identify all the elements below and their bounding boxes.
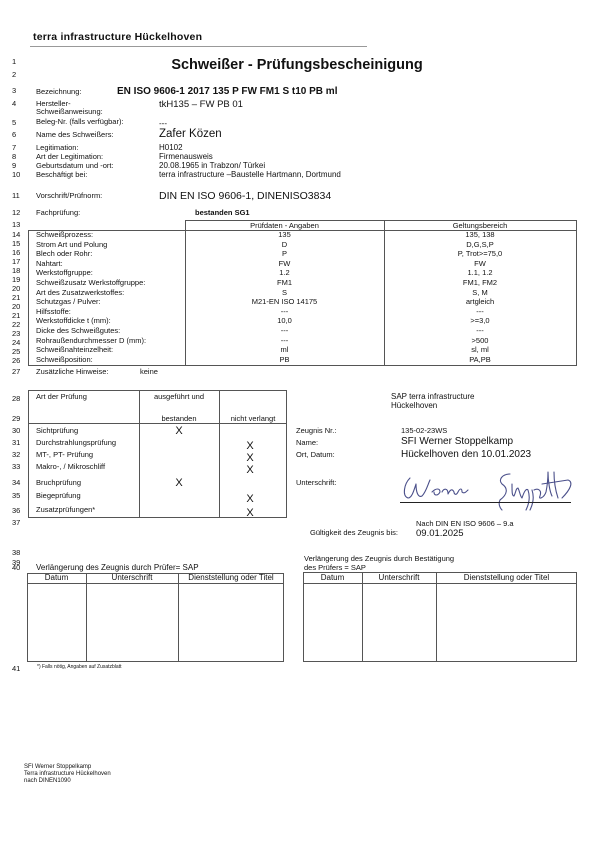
line-number: 20 <box>12 302 32 311</box>
ausgefuehrt-header-1: ausgeführt und <box>139 392 219 401</box>
zeugnis-label: Zeugnis Nr.: <box>296 426 336 435</box>
line-number: 19 <box>12 275 32 284</box>
param-pruefdaten: 135 <box>185 230 384 239</box>
ext-left-dienststellung-header: Dienststellung oder Titel <box>178 573 284 582</box>
param-geltungsbereich: FM1, FM2 <box>384 278 576 287</box>
legitimation-label: Legitimation: <box>36 143 79 152</box>
test-label: Biegeprüfung <box>36 491 81 500</box>
line-number: 21 <box>12 293 32 302</box>
norm-note: Nach DIN EN ISO 9606 – 9.a <box>416 519 514 528</box>
unterschrift-label: Unterschrift: <box>296 478 336 487</box>
line-number: 16 <box>12 248 32 257</box>
param-label: Dicke des Schweißgutes: <box>36 326 120 335</box>
line-number: 20 <box>12 284 32 293</box>
line-number: 22 <box>12 320 32 329</box>
bezeichnung-label: Bezeichnung: <box>36 87 81 96</box>
param-geltungsbereich: >500 <box>384 336 576 345</box>
param-label: Schweißposition: <box>36 355 93 364</box>
zeugnis-number: 135-02-23WS <box>401 426 447 435</box>
param-geltungsbereich: artgleich <box>384 297 576 306</box>
gueltig-label: Gültigkeit des Zeugnis bis: <box>310 528 398 537</box>
nicht-verlangt-mark: X <box>240 493 260 505</box>
ext-left-datum-header: Datum <box>27 573 86 582</box>
ausgefuehrt-header-2: bestanden <box>139 414 219 423</box>
signature-image <box>398 462 578 514</box>
line-number: 18 <box>12 266 32 275</box>
param-label: Hilfsstoffe: <box>36 307 71 316</box>
param-label: Schweißprozess: <box>36 230 93 239</box>
param-label: Strom Art und Polung <box>36 240 107 249</box>
param-geltungsbereich: 1.1, 1.2 <box>384 268 576 277</box>
hinweise-label: Zusätzliche Hinweise: <box>36 367 109 376</box>
line-number: 21 <box>12 311 32 320</box>
document-title: Schweißer - Prüfungsbescheinigung <box>0 57 594 73</box>
param-geltungsbereich: --- <box>384 307 576 316</box>
legitimation-value: H0102 <box>159 143 183 152</box>
param-geltungsbereich: S, M <box>384 288 576 297</box>
line-number: 27 <box>12 367 32 376</box>
param-geltungsbereich: 135, 138 <box>384 230 576 239</box>
line-number: 25 <box>12 347 32 356</box>
param-pruefdaten: FW <box>185 259 384 268</box>
beschaeftigt-label: Beschäftigt bei: <box>36 170 87 179</box>
geburtsdatum-label: Geburtsdatum und -ort: <box>36 161 114 170</box>
param-pruefdaten: P <box>185 249 384 258</box>
param-label: Werkstoffdicke t (mm): <box>36 316 111 325</box>
nicht-verlangt-mark: X <box>240 440 260 452</box>
line-number: 38 <box>12 548 32 557</box>
param-pruefdaten: --- <box>185 326 384 335</box>
certifier-name: SFI Werner Stoppelkamp <box>401 436 513 447</box>
certifier-org-2: Hückelhoven <box>391 401 437 410</box>
bezeichnung-value: EN ISO 9606-1 2017 135 P FW FM1 S t10 PB… <box>117 86 337 97</box>
param-label: Rohraußendurchmesser D (mm): <box>36 336 146 345</box>
param-pruefdaten: --- <box>185 307 384 316</box>
line-number: 14 <box>12 230 32 239</box>
param-geltungsbereich: PA,PB <box>384 355 576 364</box>
footer-line-3: nach DINEN1090 <box>24 778 71 786</box>
company-header: terra infrastructure Hückelhoven <box>33 31 202 43</box>
fachpruefung-value: bestanden SG1 <box>195 208 250 217</box>
param-pruefdaten: ml <box>185 345 384 354</box>
line-number: 12 <box>12 208 32 217</box>
line-number: 6 <box>12 130 32 139</box>
ext-right-dienststellung-header: Dienststellung oder Titel <box>436 573 577 582</box>
header-divider <box>30 46 367 47</box>
line-number: 7 <box>12 143 32 152</box>
beschaeftigt-value: terra infrastructure –Baustelle Hartmann… <box>159 170 341 179</box>
param-label: Werkstoffgruppe: <box>36 268 93 277</box>
geltungsbereich-header: Geltungsbereich <box>384 221 576 230</box>
line-number: 37 <box>12 518 32 527</box>
hinweise-value: keine <box>140 367 158 376</box>
param-label: Schweißnahteinzelheit: <box>36 345 113 354</box>
line-number: 41 <box>12 664 32 673</box>
welder-name: Zafer Közen <box>159 128 222 140</box>
gueltig-value: 09.01.2025 <box>416 528 464 539</box>
test-label: Sichtprüfung <box>36 426 78 435</box>
signature-line <box>400 502 571 503</box>
ort-datum-label: Ort, Datum: <box>296 450 335 459</box>
ext-right-unterschrift-header: Unterschrift <box>362 573 436 582</box>
line-number: 4 <box>12 99 32 108</box>
param-label: Schutzgas / Pulver: <box>36 297 101 306</box>
param-geltungsbereich: >=3,0 <box>384 316 576 325</box>
param-pruefdaten: FM1 <box>185 278 384 287</box>
line-number: 17 <box>12 257 32 266</box>
line-number: 10 <box>12 170 32 179</box>
ext-left-unterschrift-header: Unterschrift <box>86 573 178 582</box>
beleg-value: --- <box>159 119 167 128</box>
param-pruefdaten: S <box>185 288 384 297</box>
bestanden-mark: X <box>169 477 189 489</box>
name-label: Name des Schweißers: <box>36 130 114 139</box>
nicht-verlangt-header: nicht verlangt <box>219 414 287 423</box>
extension-right-title-1: Verlängerung des Zeugnis durch Bestätigu… <box>304 554 454 563</box>
param-geltungsbereich: D,G,S,P <box>384 240 576 249</box>
hersteller-label-2: Schweißanweisung: <box>36 107 103 116</box>
line-number: 3 <box>12 86 32 95</box>
param-label: Blech oder Rohr: <box>36 249 92 258</box>
pruefdaten-header: Prüfdaten - Angaben <box>185 221 384 230</box>
line-number: 11 <box>12 191 32 200</box>
art-legitimation-label: Art der Legitimation: <box>36 152 103 161</box>
extension-right-title-2: des Prüfers = SAP <box>304 563 366 572</box>
param-label: Art des Zusatzwerkstoffes: <box>36 288 124 297</box>
line-number: 26 <box>12 356 32 365</box>
certifier-org-1: SAP terra infrastructure <box>391 392 474 401</box>
test-label: MT-, PT- Prüfung <box>36 450 93 459</box>
param-pruefdaten: 10,0 <box>185 316 384 325</box>
extension-left-title: Verlängerung des Zeugnis durch Prüfer= S… <box>36 563 199 572</box>
art-pruefung-header: Art der Prüfung <box>36 392 87 401</box>
fachpruefung-label: Fachprüfung: <box>36 208 80 217</box>
bestanden-mark: X <box>169 425 189 437</box>
certifier-name-label: Name: <box>296 438 318 447</box>
nicht-verlangt-mark: X <box>240 452 260 464</box>
test-label: Durchstrahlungsprüfung <box>36 438 116 447</box>
ort-datum-value: Hückelhoven den 10.01.2023 <box>401 449 531 460</box>
line-number: 15 <box>12 239 32 248</box>
line-number: 24 <box>12 338 32 347</box>
line-number: 8 <box>12 152 32 161</box>
param-geltungsbereich: FW <box>384 259 576 268</box>
param-label: Nahtart: <box>36 259 63 268</box>
param-pruefdaten: D <box>185 240 384 249</box>
param-geltungsbereich: --- <box>384 326 576 335</box>
param-pruefdaten: --- <box>185 336 384 345</box>
line-number: 9 <box>12 161 32 170</box>
param-geltungsbereich: sl, ml <box>384 345 576 354</box>
line-number: 40 <box>12 563 32 572</box>
ext-right-datum-header: Datum <box>303 573 362 582</box>
nicht-verlangt-mark: X <box>240 507 260 519</box>
line-number: 23 <box>12 329 32 338</box>
vorschrift-value: DIN EN ISO 9606-1, DINENISO3834 <box>159 190 331 202</box>
art-legitimation-value: Firmenausweis <box>159 152 213 161</box>
vorschrift-label: Vorschrift/Prüfnorm: <box>36 191 102 200</box>
param-pruefdaten: PB <box>185 355 384 364</box>
hersteller-value: tkH135 – FW PB 01 <box>159 99 243 110</box>
nicht-verlangt-mark: X <box>240 464 260 476</box>
line-number: 5 <box>12 118 32 127</box>
param-pruefdaten: 1.2 <box>185 268 384 277</box>
geburtsdatum-value: 20.08.1965 in Trabzon/ Türkei <box>159 161 265 170</box>
param-geltungsbereich: P, Trot>=75,0 <box>384 249 576 258</box>
param-label: Schweißzusatz Werkstoffgruppe: <box>36 278 145 287</box>
test-label: Makro-, / Mikroschliff <box>36 462 105 471</box>
footnote: *) Falls nötig, Angaben auf Zusatzblatt <box>37 664 122 670</box>
test-label: Zusatzprüfungen* <box>36 505 95 514</box>
line-number: 13 <box>12 220 32 229</box>
test-label: Bruchprüfung <box>36 478 81 487</box>
beleg-label: Beleg-Nr. (falls verfügbar): <box>36 117 124 126</box>
param-pruefdaten: M21-EN ISO 14175 <box>185 297 384 306</box>
